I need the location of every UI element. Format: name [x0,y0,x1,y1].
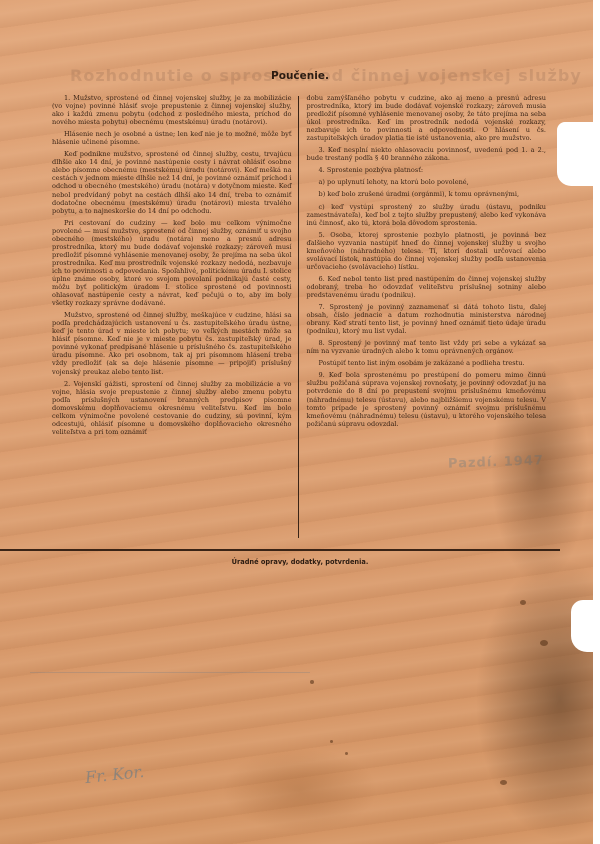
pencil-line [30,672,310,673]
paragraph: 3. Keď nesplní niekto ohlasovaciu povinn… [307,146,547,162]
right-column: dobu zamýšľaného pobytu v cudzine, ako a… [299,94,547,544]
paragraph: 6. Keď nebol tento list pred nastúpením … [307,275,547,299]
paragraph: 2. Vojenskí gážisti, sprostení od činnej… [52,380,292,436]
paragraph: Pri cestovaní do cudziny — keď bolo mu c… [52,219,292,308]
stain-spot [330,740,333,743]
paragraph: a) po uplynutí lehoty, na ktorú bolo pov… [307,178,547,186]
paragraph: Keď podnikne mužstvo, sprostené od činne… [52,150,292,214]
paragraph: 5. Osoba, ktorej sprostenie pozbylo plat… [307,231,547,271]
paragraph: Postúpiť tento list iným osobám je zakáz… [307,359,547,367]
stain-spot [310,680,314,684]
torn-edge [557,122,593,186]
instructions-body: 1. Mužstvo, sprostené od činnej vojenske… [52,94,546,544]
stain-spot [345,752,348,755]
paragraph: b) keď bolo zrušené úradmi (orgánmi), k … [307,190,547,198]
stain-spot [520,600,526,605]
stain-spot [540,640,548,646]
paragraph: dobu zamýšľaného pobytu v cudzine, ako a… [307,94,547,142]
paragraph: 9. Keď bola sprostenému po prestúpení do… [307,371,547,427]
torn-edge [571,600,593,652]
document-page: Rozhodnutie o sprostení od činnej vojens… [0,0,593,844]
paragraph: 8. Sprostený je povinný mať tento list v… [307,339,547,355]
paragraph: Hlásenie nech je osobné a ústne; len keď… [52,130,292,146]
paragraph: c) keď vystúpi sprostený zo služby úradu… [307,203,547,227]
paragraph: 7. Sprostený je povinný zaznamenať si dá… [307,303,547,335]
footer-section-label: Úradné opravy, dodatky, potvrdenia. [0,558,600,566]
page-title: Poučenie. [0,70,600,82]
section-rule [0,549,560,551]
paragraph: 1. Mužstvo, sprostené od činnej vojenske… [52,94,292,126]
left-column: 1. Mužstvo, sprostené od činnej vojenske… [52,94,298,544]
stain-spot [500,780,507,785]
paragraph: Mužstvo, sprostené od činnej služby, meš… [52,311,292,375]
handwritten-signature: Fr. Kor. [84,762,145,787]
paragraph: 4. Sprostenie pozbýva platnosť: [307,166,547,174]
